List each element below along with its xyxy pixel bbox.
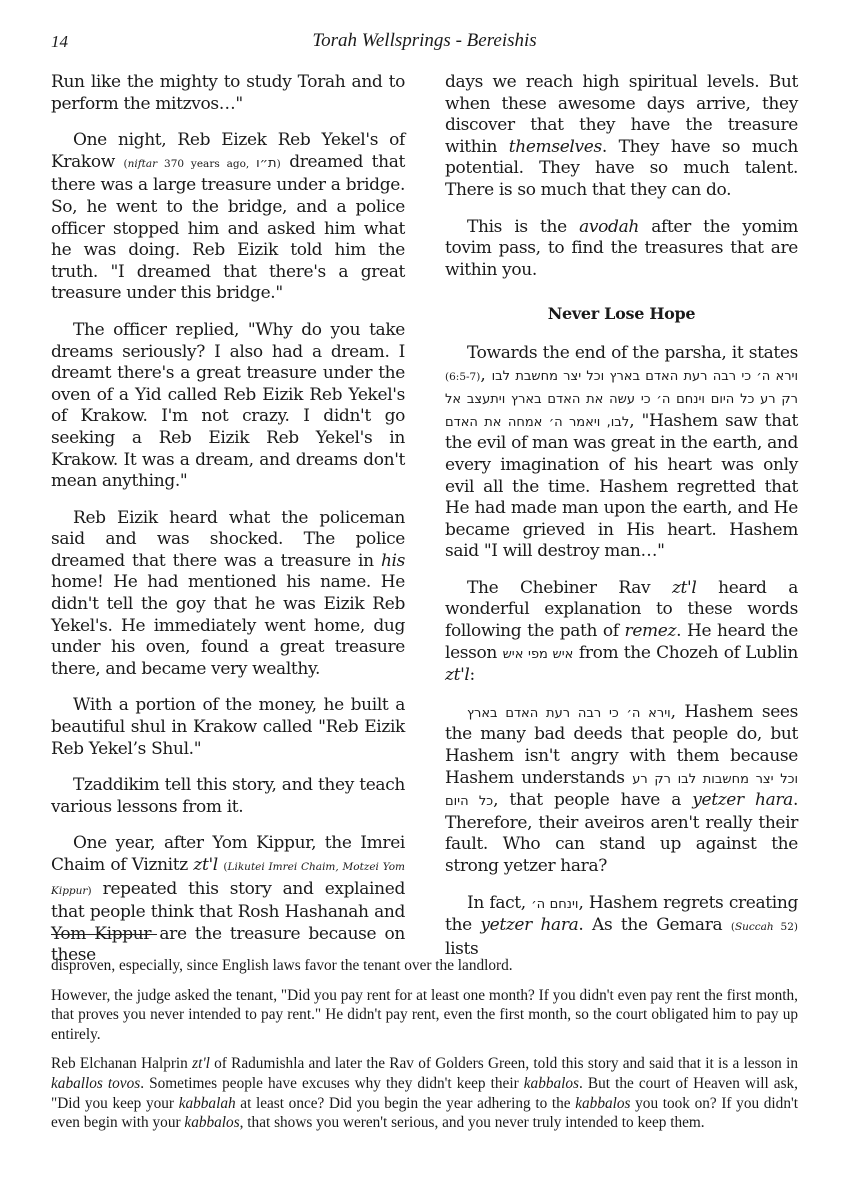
footnote-paragraph: disproven, especially, since English law… bbox=[51, 956, 798, 976]
paragraph: וירא ה׳ כי רבה רעת האדם בארץ, Hashem see… bbox=[445, 702, 798, 878]
paragraph: Run like the mighty to study Torah and t… bbox=[51, 72, 405, 115]
paragraph: The officer replied, "Why do you take dr… bbox=[51, 320, 405, 493]
source-citation: (6:5-7) bbox=[445, 371, 480, 383]
hebrew-quote: איש מפי איש bbox=[503, 647, 574, 662]
footnote-paragraph: However, the judge asked the tenant, "Di… bbox=[51, 986, 798, 1045]
paragraph: One night, Reb Eizek Reb Yekel's of Krak… bbox=[51, 130, 405, 305]
footnote-paragraph: Reb Elchanan Halprin zt'l of Radumishla … bbox=[51, 1054, 798, 1132]
hebrew-quote: וינחם ה׳ bbox=[531, 897, 578, 912]
footnote-divider bbox=[51, 934, 157, 935]
paragraph: The Chebiner Rav zt'l heard a wonderful … bbox=[445, 578, 798, 687]
footnotes: disproven, especially, since English law… bbox=[51, 956, 798, 1143]
right-column: days we reach high spiritual levels. But… bbox=[445, 72, 798, 975]
paragraph: Reb Eizik heard what the policeman said … bbox=[51, 508, 405, 681]
paragraph: In fact, וינחם ה׳, Hashem regrets creati… bbox=[445, 893, 798, 961]
book-page: 14 Torah Wellsprings - Bereishis Run lik… bbox=[0, 0, 849, 1200]
paragraph: days we reach high spiritual levels. But… bbox=[445, 72, 798, 202]
hebrew-quote: וירא ה׳ כי רבה רעת האדם בארץ bbox=[467, 706, 671, 721]
source-citation: (Succah 52) bbox=[731, 921, 798, 933]
source-citation: (niftar 370 years ago, ת״ו) bbox=[124, 158, 281, 170]
paragraph: Tzaddikim tell this story, and they teac… bbox=[51, 775, 405, 818]
running-title: Torah Wellsprings - Bereishis bbox=[51, 30, 798, 52]
page-header: 14 Torah Wellsprings - Bereishis bbox=[51, 30, 798, 58]
paragraph: This is the avodah after the yomim tovim… bbox=[445, 217, 798, 282]
left-column: Run like the mighty to study Torah and t… bbox=[51, 72, 405, 982]
section-heading: Never Lose Hope bbox=[445, 303, 798, 325]
paragraph: With a portion of the money, he built a … bbox=[51, 695, 405, 760]
paragraph: One year, after Yom Kippur, the Imrei Ch… bbox=[51, 833, 405, 967]
paragraph: Towards the end of the parsha, it states… bbox=[445, 343, 798, 563]
